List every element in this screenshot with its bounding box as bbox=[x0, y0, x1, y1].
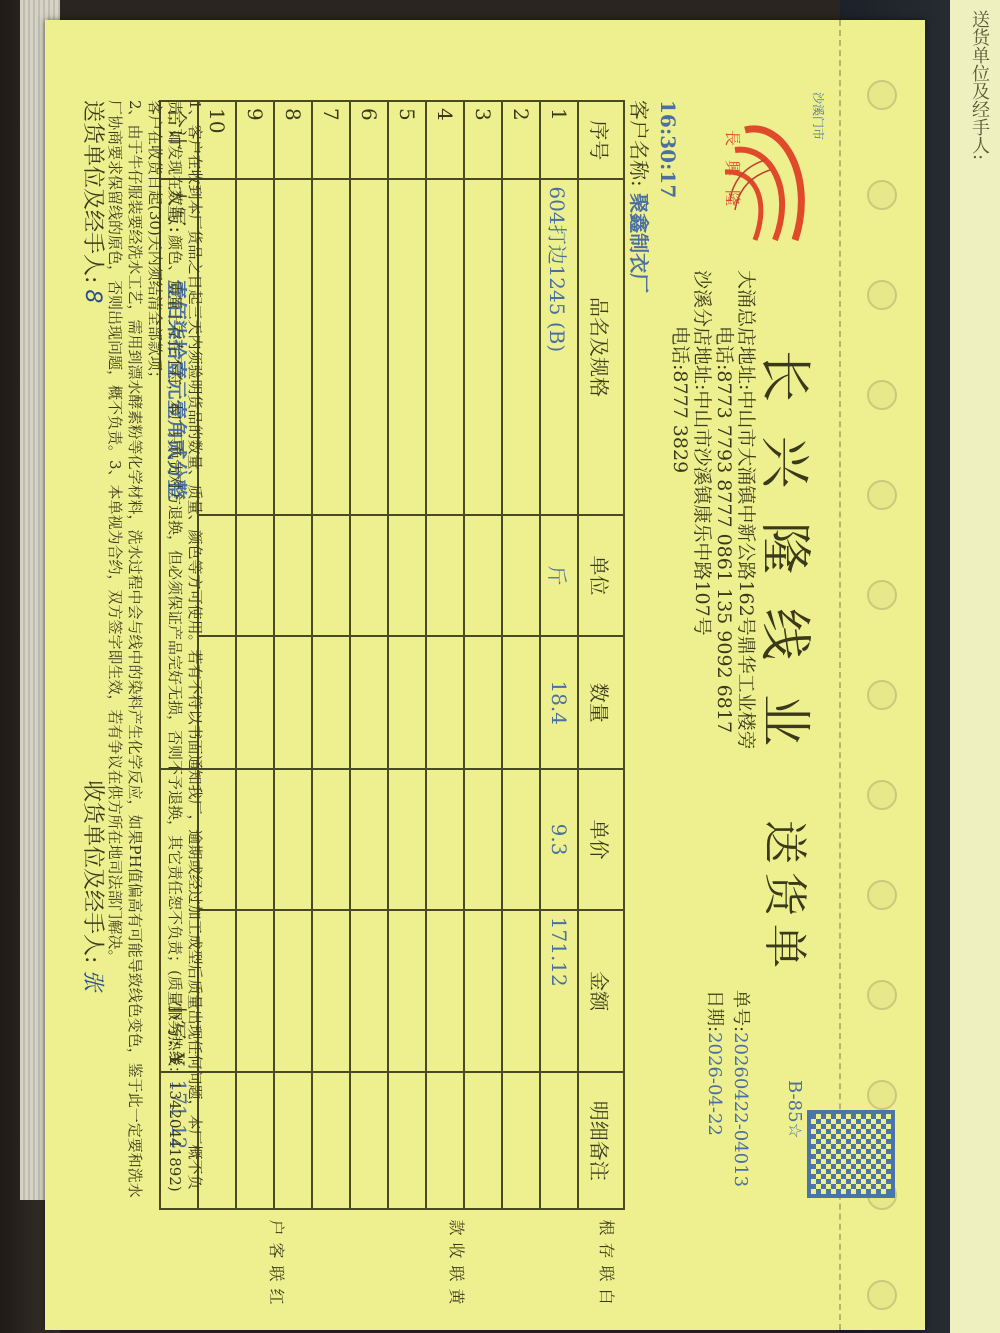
perf-hole bbox=[867, 880, 897, 910]
header-qty: 数量 bbox=[578, 636, 624, 769]
customer-label: 客户名称: bbox=[627, 100, 651, 187]
hq-address-value: 中山市大涌镇中新公路162号鼎华工业楼旁 bbox=[735, 390, 757, 749]
perf-hole bbox=[867, 980, 897, 1010]
hq-phone-value: 8773 7793 8777 0861 135 9092 6817 bbox=[713, 370, 735, 733]
qr-code-icon bbox=[807, 1110, 895, 1198]
cell-no: 3 bbox=[464, 101, 502, 179]
cell-no: 6 bbox=[350, 101, 388, 179]
items-table: 序号 品名及规格 单位 数量 单价 金额 明细备注 1 604打边1245 (B… bbox=[159, 100, 625, 1210]
header-name: 品名及规格 bbox=[578, 179, 624, 514]
sender-label: 送货单位及经手人: bbox=[80, 100, 105, 283]
adjacent-slip: 送货单位及经手人: bbox=[950, 0, 1000, 1333]
copy-label-white: 白联存根 bbox=[599, 1215, 615, 1307]
perf-hole bbox=[867, 580, 897, 610]
company-name: 长兴隆线业 bbox=[752, 350, 827, 780]
order-no-row: 单号:20260422-04013 bbox=[729, 990, 755, 1187]
header-note: 明细备注 bbox=[578, 1072, 624, 1209]
address-row: 大涌总店地址:中山市大涌镇中新公路162号鼎华工业楼旁 bbox=[735, 270, 757, 750]
perf-hole bbox=[867, 480, 897, 510]
receiver-label: 收货单位及经手人: bbox=[80, 780, 105, 963]
customer-row: 客户名称: 聚鑫制衣厂 bbox=[626, 100, 655, 293]
cell-no: 1 bbox=[540, 101, 578, 179]
term-1: 1、客户在收到本厂货品之日起三天内须验明货品的数量、质量、颜色等方可使用。若有不… bbox=[165, 100, 205, 1210]
customer-name: 聚鑫制衣厂 bbox=[627, 193, 651, 293]
cell-no: 4 bbox=[426, 101, 464, 179]
perf-hole bbox=[867, 380, 897, 410]
sender-signature: 送货单位及经手人:8 bbox=[79, 100, 110, 303]
cell-no: 7 bbox=[312, 101, 350, 179]
table-row: 4 bbox=[426, 101, 464, 1209]
cell-no: 5 bbox=[388, 101, 426, 179]
cell-amount: 171.12 bbox=[540, 910, 578, 1073]
address-row: 电话:8773 7793 8777 0861 135 9092 6817 bbox=[713, 270, 735, 750]
table-row: 7 bbox=[312, 101, 350, 1209]
table-row: 3 bbox=[464, 101, 502, 1209]
cell-no: 8 bbox=[274, 101, 312, 179]
cell-no: 9 bbox=[236, 101, 274, 179]
table-row: 8 bbox=[274, 101, 312, 1209]
hq-address-label: 大涌总店地址: bbox=[735, 270, 757, 390]
delivery-note: 沙溪门市 長興隆 长兴隆线业 送货单 大涌总店地址:中山市大涌镇中新公路162号… bbox=[45, 20, 925, 1330]
term-payment: 客户在收货日起(30)天内须结清全部款项； bbox=[145, 100, 165, 1210]
order-no-value: 20260422-04013 bbox=[730, 1032, 751, 1187]
perf-hole bbox=[867, 1280, 897, 1310]
order-no-label: 单号: bbox=[730, 990, 751, 1032]
perf-hole bbox=[867, 680, 897, 710]
address-block: 大涌总店地址:中山市大涌镇中新公路162号鼎华工业楼旁 电话:8773 7793… bbox=[669, 270, 757, 750]
branch-phone-label: 电话: bbox=[669, 326, 691, 370]
perf-hole bbox=[867, 280, 897, 310]
header-unit: 单位 bbox=[578, 515, 624, 636]
perf-hole bbox=[867, 180, 897, 210]
header-price: 单价 bbox=[578, 769, 624, 909]
cell-no: 2 bbox=[502, 101, 540, 179]
receiver-signature: 收货单位及经手人:张 bbox=[79, 780, 110, 991]
print-time: 16:30:17 bbox=[656, 100, 680, 198]
date-label: 日期: bbox=[704, 990, 725, 1032]
hq-phone-label: 电话: bbox=[713, 326, 735, 370]
cell-name: 604打边1245 (B) bbox=[540, 179, 578, 514]
perf-hole bbox=[867, 1080, 897, 1110]
table-row: 1 604打边1245 (B) 斤 18.4 9.3 171.12 bbox=[540, 101, 578, 1209]
cell-note bbox=[540, 1072, 578, 1209]
address-row: 电话:8777 3829 bbox=[669, 270, 691, 750]
date-value: 2026-04-22 bbox=[704, 1032, 725, 1136]
terms-block: 1、客户在收到本厂货品之日起三天内须验明货品的数量、质量、颜色等方可使用。若有不… bbox=[105, 100, 205, 1210]
header-amount: 金额 bbox=[578, 910, 624, 1073]
table-row: 6 bbox=[350, 101, 388, 1209]
copy-label-yellow: 黄联收款 bbox=[449, 1215, 465, 1307]
receiver-sig: 张 bbox=[80, 969, 105, 991]
cell-unit: 斤 bbox=[540, 515, 578, 636]
copy-label-red: 红联客户 bbox=[269, 1215, 285, 1307]
perf-hole bbox=[867, 80, 897, 110]
form-code: B-85☆ bbox=[784, 1080, 805, 1139]
table-row: 2 bbox=[502, 101, 540, 1209]
table-row: 9 bbox=[236, 101, 274, 1209]
cell-qty: 18.4 bbox=[540, 636, 578, 769]
delivery-note-sheet: 沙溪门市 長興隆 长兴隆线业 送货单 大涌总店地址:中山市大涌镇中新公路162号… bbox=[45, 20, 925, 1330]
document-title: 送货单 bbox=[757, 820, 821, 976]
table-header: 序号 品名及规格 单位 数量 单价 金额 明细备注 bbox=[578, 101, 624, 1209]
header-no: 序号 bbox=[578, 101, 624, 179]
branch-address-label: 沙溪分店地址: bbox=[691, 270, 713, 390]
order-meta: 单号:20260422-04013 日期:2026-04-22 bbox=[703, 990, 755, 1187]
sender-sig: 8 bbox=[80, 289, 105, 303]
logo-branch-tag: 沙溪门市 bbox=[810, 92, 827, 140]
table-row: 5 bbox=[388, 101, 426, 1209]
logo-brand-text: 長興隆 bbox=[722, 130, 745, 220]
perf-hole bbox=[867, 780, 897, 810]
branch-phone-value: 8777 3829 bbox=[669, 370, 691, 473]
address-row: 沙溪分店地址:中山市沙溪镇康乐中路107号 bbox=[691, 270, 713, 750]
date-row: 日期:2026-04-22 bbox=[703, 990, 729, 1187]
cell-price: 9.3 bbox=[540, 769, 578, 909]
adjacent-slip-text: 送货单位及经手人: bbox=[966, 10, 992, 160]
branch-address-value: 中山市沙溪镇康乐中路107号 bbox=[691, 390, 713, 635]
term-2-3: 2、由于牛仔服装要经洗水工艺，需用到漂水酵素粉等化学材料，洗水过程中会与线中的染… bbox=[105, 100, 145, 1210]
